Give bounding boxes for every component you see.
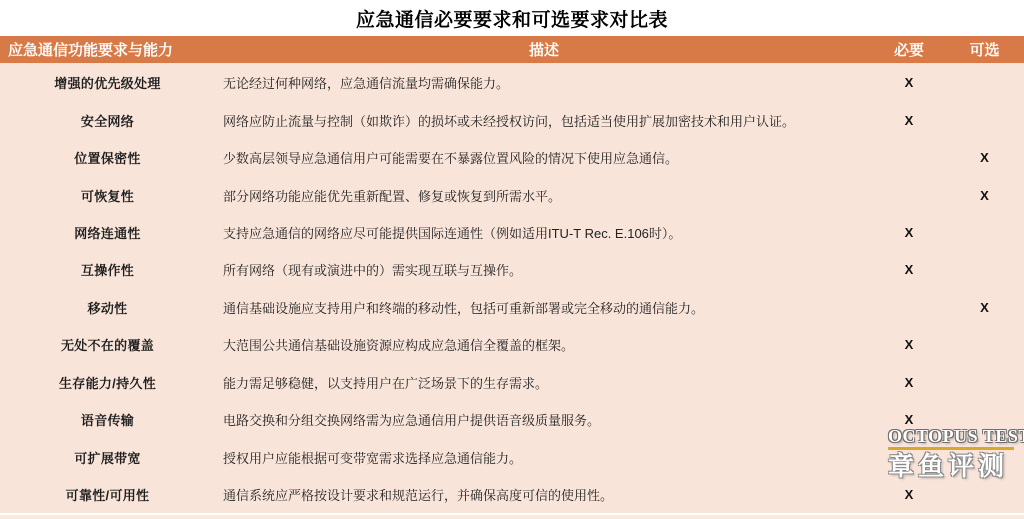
row-description: 授权用户应能根据可变带宽需求选择应急通信能力。 (215, 448, 873, 467)
comparison-table: 应急通信功能要求与能力 描述 必要 可选 增强的优先级处理 无论经过何种网络，应… (0, 36, 1024, 519)
row-description: 电路交换和分组交换网络需为应急通信用户提供语音级质量服务。 (215, 410, 873, 429)
table-bottom-sliver (0, 515, 1024, 519)
row-capability-label: 无处不在的覆盖 (0, 335, 215, 354)
table-row: 移动性 通信基础设施应支持用户和终端的移动性，包括可重新部署或完全移动的通信能力… (0, 289, 1024, 326)
row-capability-label: 语音传输 (0, 410, 215, 429)
header-cell-description: 描述 (215, 39, 873, 60)
row-capability-label: 增强的优先级处理 (0, 73, 215, 92)
row-capability-label: 移动性 (0, 298, 215, 317)
header-cell-capability: 应急通信功能要求与能力 (0, 39, 215, 60)
table-header-row: 应急通信功能要求与能力 描述 必要 可选 (0, 36, 1024, 64)
row-required-mark: X (873, 262, 945, 277)
table-row: 安全网络 网络应防止流量与控制（如欺诈）的损坏或未经授权访问，包括适当使用扩展加… (0, 101, 1024, 138)
table-row: 增强的优先级处理 无论经过何种网络，应急通信流量均需确保能力。 X (0, 64, 1024, 101)
row-optional-mark: X (945, 450, 1024, 465)
row-capability-label: 安全网络 (0, 111, 215, 130)
row-description: 能力需足够稳健，以支持用户在广泛场景下的生存需求。 (215, 373, 873, 392)
row-required-mark: X (873, 375, 945, 390)
table-row: 位置保密性 少数高层领导应急通信用户可能需要在不暴露位置风险的情况下使用应急通信… (0, 139, 1024, 176)
row-description: 通信系统应严格按设计要求和规范运行，并确保高度可信的使用性。 (215, 485, 873, 504)
row-capability-label: 位置保密性 (0, 148, 215, 167)
row-description: 无论经过何种网络，应急通信流量均需确保能力。 (215, 73, 873, 92)
page-title: 应急通信必要要求和可选要求对比表 (0, 0, 1024, 36)
row-required-mark: X (873, 75, 945, 90)
document-page: 应急通信必要要求和可选要求对比表 应急通信功能要求与能力 描述 必要 可选 增强… (0, 0, 1024, 519)
table-row: 可扩展带宽 授权用户应能根据可变带宽需求选择应急通信能力。 X (0, 438, 1024, 475)
row-optional-mark: X (945, 300, 1024, 315)
row-description: 所有网络（现有或演进中的）需实现互联与互操作。 (215, 260, 873, 279)
row-required-mark: X (873, 337, 945, 352)
row-capability-label: 可靠性/可用性 (0, 485, 215, 504)
row-capability-label: 可扩展带宽 (0, 448, 215, 467)
row-description: 通信基础设施应支持用户和终端的移动性，包括可重新部署或完全移动的通信能力。 (215, 298, 873, 317)
row-description: 少数高层领导应急通信用户可能需要在不暴露位置风险的情况下使用应急通信。 (215, 148, 873, 167)
row-description: 网络应防止流量与控制（如欺诈）的损坏或未经授权访问，包括适当使用扩展加密技术和用… (215, 111, 873, 130)
table-row: 可恢复性 部分网络功能应能优先重新配置、修复或恢复到所需水平。 X (0, 176, 1024, 213)
row-optional-mark: X (945, 150, 1024, 165)
row-capability-label: 可恢复性 (0, 186, 215, 205)
table-row: 语音传输 电路交换和分组交换网络需为应急通信用户提供语音级质量服务。 X (0, 401, 1024, 438)
row-capability-label: 互操作性 (0, 260, 215, 279)
row-capability-label: 网络连通性 (0, 223, 215, 242)
row-description: 支持应急通信的网络应尽可能提供国际连通性（例如适用ITU-T Rec. E.10… (215, 223, 873, 242)
row-capability-label: 生存能力/持久性 (0, 373, 215, 392)
row-required-mark: X (873, 113, 945, 128)
row-description: 大范围公共通信基础设施资源应构成应急通信全覆盖的框架。 (215, 335, 873, 354)
header-cell-required: 必要 (873, 39, 945, 60)
table-row: 网络连通性 支持应急通信的网络应尽可能提供国际连通性（例如适用ITU-T Rec… (0, 214, 1024, 251)
row-optional-mark: X (945, 188, 1024, 203)
table-row: 可靠性/可用性 通信系统应严格按设计要求和规范运行，并确保高度可信的使用性。 X (0, 476, 1024, 513)
table-body: 增强的优先级处理 无论经过何种网络，应急通信流量均需确保能力。 X 安全网络 网… (0, 64, 1024, 513)
row-required-mark: X (873, 225, 945, 240)
row-description: 部分网络功能应能优先重新配置、修复或恢复到所需水平。 (215, 186, 873, 205)
row-required-mark: X (873, 487, 945, 502)
header-cell-optional: 可选 (945, 39, 1024, 60)
row-required-mark: X (873, 412, 945, 427)
table-row: 生存能力/持久性 能力需足够稳健，以支持用户在广泛场景下的生存需求。 X (0, 364, 1024, 401)
table-row: 互操作性 所有网络（现有或演进中的）需实现互联与互操作。 X (0, 251, 1024, 288)
table-row: 无处不在的覆盖 大范围公共通信基础设施资源应构成应急通信全覆盖的框架。 X (0, 326, 1024, 363)
